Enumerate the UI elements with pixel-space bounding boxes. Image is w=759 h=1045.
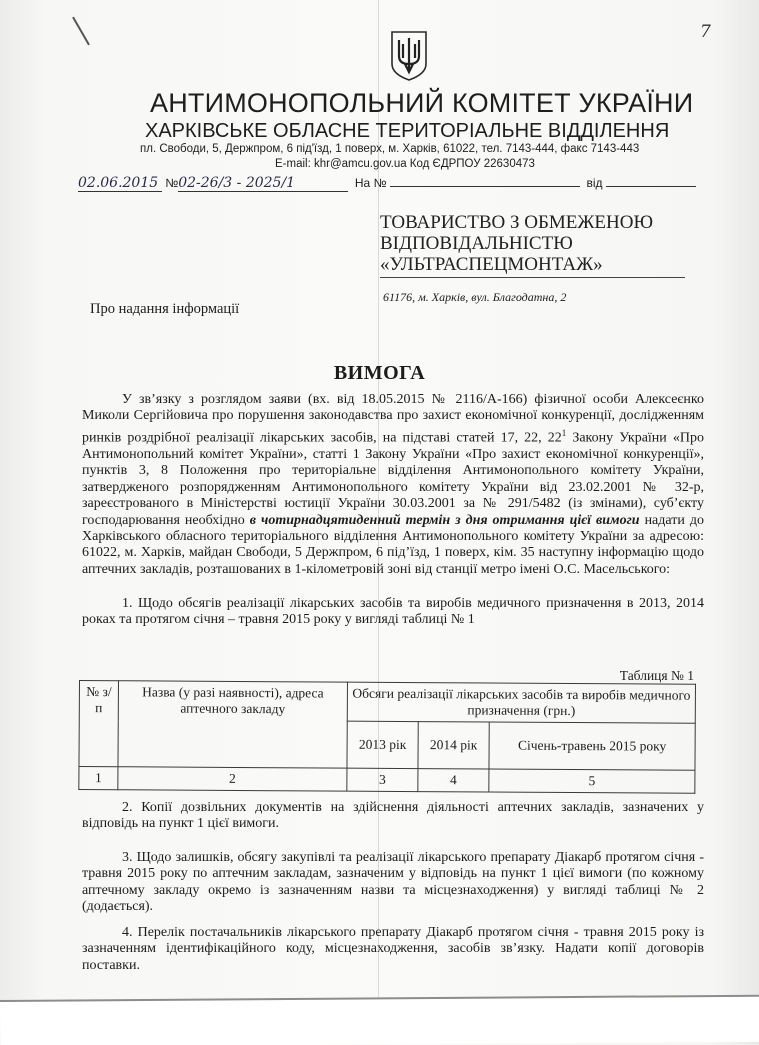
item-4: 4. Перелік постачальників лікарського пр… (82, 925, 704, 974)
recipient-divider (380, 277, 685, 278)
item-1: 1. Щодо обсягів реалізації лікарських за… (82, 596, 704, 629)
number-label: № (165, 176, 178, 190)
org-address: пл. Свободи, 5, Держпром, 6 під'їзд, 1 п… (140, 143, 700, 155)
recipient-block: ТОВАРИСТВО З ОБМЕЖЕНОЮ ВІДПОВІДАЛЬНІСТЮ … (380, 212, 680, 275)
header-2015: Січень-травень 2015 року (489, 722, 695, 770)
index-cell: 5 (489, 769, 695, 793)
index-cell: 1 (79, 767, 118, 790)
index-cell: 3 (347, 768, 418, 791)
header-number: № з/п (79, 681, 119, 767)
recipient-line-2: ВІДПОВІДАЛЬНІСТЮ (380, 233, 680, 254)
item-3: 3. Щодо залишків, обсягу закупівлі та ре… (82, 850, 704, 916)
subject-line: Про надання інформації (90, 301, 239, 318)
sales-volume-table: № з/п Назва (у разі наявності), адреса а… (78, 680, 696, 794)
handwritten-page-number: 7 (700, 22, 711, 42)
recipient-address: 61176, м. Харків, вул. Благодатна, 2 (383, 290, 566, 305)
org-subtitle: ХАРКІВСЬКЕ ОБЛАСНЕ ТЕРИТОРІАЛЬНЕ ВІДДІЛЕ… (145, 120, 705, 143)
outgoing-number: 02-26/3 - 2025/1 (178, 175, 348, 192)
from-label: від (586, 176, 602, 190)
reply-label: На № (355, 176, 387, 190)
reply-number-blank (390, 174, 580, 187)
intro-paragraph: У зв’язку з розглядом заяви (вх. від 18.… (82, 392, 704, 578)
item-2: 2. Копії дозвільних документів на здійсн… (82, 800, 704, 833)
page-bottom-edge (0, 995, 759, 1045)
recipient-line-3: «УЛЬТРАСПЕЦМОНТАЖ» (380, 254, 680, 275)
org-email-code: E-mail: khr@amcu.gov.ua Код ЄДРПОУ 22630… (275, 158, 695, 170)
header-2013: 2013 рік (347, 721, 418, 768)
registration-line: 02.06.2015 №02-26/3 - 2025/1 На № від (78, 174, 696, 192)
document-page: 7 АНТИМОНОПОЛЬНИЙ КОМІТЕТ УКРАЇНИ ХАРКІВ… (0, 0, 759, 1045)
outgoing-date: 02.06.2015 (78, 175, 162, 192)
document-title: ВИМОГА (0, 362, 759, 385)
pen-mark (72, 17, 90, 46)
header-pharmacy-name: Назва (у разі наявності), адреса аптечно… (118, 681, 348, 768)
header-sales-volumes: Обсяги реалізації лікарських засобів та … (347, 682, 695, 723)
recipient-line-1: ТОВАРИСТВО З ОБМЕЖЕНОЮ (380, 212, 680, 233)
index-cell: 2 (118, 767, 347, 791)
index-cell: 4 (418, 769, 489, 792)
deadline-emphasis: в чотирнадцятиденний термін з дня отрима… (250, 513, 640, 528)
from-date-blank (606, 174, 696, 187)
header-2014: 2014 рік (418, 722, 489, 769)
org-title: АНТИМОНОПОЛЬНИЙ КОМІТЕТ УКРАЇНИ (130, 88, 710, 119)
trident-emblem-icon (389, 30, 429, 82)
table-row: 1 2 3 4 5 (79, 767, 695, 794)
